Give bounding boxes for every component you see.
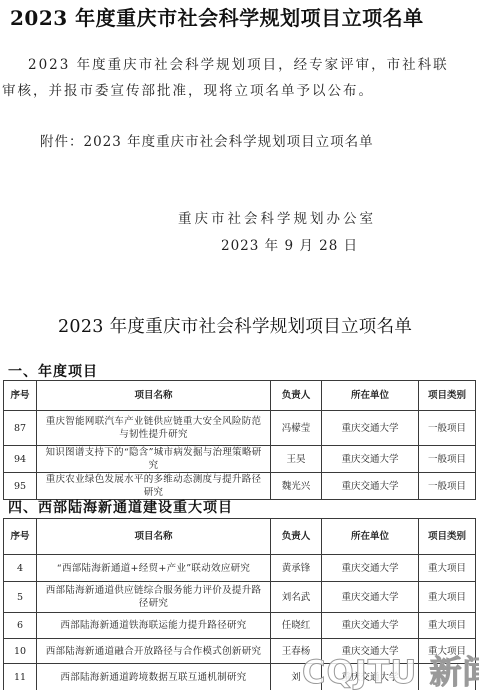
cell-no: 5 (4, 582, 37, 613)
cell-category: 一般项目 (419, 473, 476, 500)
cell-project-name: 西部陆海新通道供应链综合服务能力评价及提升路径研究 (37, 582, 271, 613)
cell-category: 重大项目 (419, 613, 476, 639)
cell-unit: 重庆交通大学 (322, 582, 419, 613)
list-title: 2023 年度重庆市社会科学规划项目立项名单 (58, 313, 412, 338)
issue-date: 2023 年 9 月 28 日 (221, 234, 358, 254)
cell-unit: 重庆交通大学 (322, 613, 419, 639)
column-header-category: 项目类别 (419, 519, 476, 555)
cell-no: 94 (4, 446, 37, 473)
document-page: 2023 年度重庆市社会科学规划项目立项名单 2023 年度重庆市社会科学规划项… (0, 0, 479, 690)
cell-project-name: 西部陆海新通道融合开放路径与合作模式创新研究 (37, 639, 271, 664)
cell-leader: 王昊 (271, 446, 322, 473)
cell-leader: 黄承锋 (271, 555, 322, 582)
column-header-leader: 负责人 (271, 519, 322, 555)
cell-project-name: 西部陆海新通道跨境数据互联互通机制研究 (37, 664, 271, 690)
table-header-row: 序号 项目名称 负责人 所在单位 项目类别 (4, 381, 476, 411)
column-header-leader: 负责人 (271, 381, 322, 411)
table-header-row: 序号 项目名称 负责人 所在单位 项目类别 (4, 519, 476, 555)
column-header-name: 项目名称 (37, 381, 271, 411)
table-row: 4 “西部陆海新通道+经贸+产业”联动效应研究 黄承锋 重庆交通大学 重大项目 (4, 555, 476, 582)
cell-category: 重大项目 (419, 555, 476, 582)
cell-leader: 刘名武 (271, 582, 322, 613)
cell-project-name: 重庆农业绿色发展水平的多维动态测度与提升路径研究 (37, 473, 271, 500)
column-header-no: 序号 (4, 519, 37, 555)
cell-category: 一般项目 (419, 446, 476, 473)
attachment-note: 附件：2023 年度重庆市社会科学规划项目立项名单 (40, 130, 374, 150)
cell-leader: 任晓红 (271, 613, 322, 639)
annual-projects-table: 序号 项目名称 负责人 所在单位 项目类别 87 重庆智能网联汽车产业链供应链重… (3, 380, 476, 500)
column-header-name: 项目名称 (37, 519, 271, 555)
table-row: 95 重庆农业绿色发展水平的多维动态测度与提升路径研究 魏光兴 重庆交通大学 一… (4, 473, 476, 500)
watermark-logo: CQJTU 新闻 (302, 654, 479, 690)
column-header-unit: 所在单位 (322, 381, 419, 411)
cell-project-name: “西部陆海新通道+经贸+产业”联动效应研究 (37, 555, 271, 582)
column-header-category: 项目类别 (419, 381, 476, 411)
cell-project-name: 重庆智能网联汽车产业链供应链重大安全风险防范与韧性提升研究 (37, 411, 271, 446)
cell-project-name: 知识图谱支持下的“隐含”城市病发掘与治理策略研究 (37, 446, 271, 473)
cell-no: 10 (4, 639, 37, 664)
document-title: 2023 年度重庆市社会科学规划项目立项名单 (10, 2, 424, 31)
table-row: 6 西部陆海新通道铁海联运能力提升路径研究 任晓红 重庆交通大学 重大项目 (4, 613, 476, 639)
cell-unit: 重庆交通大学 (322, 473, 419, 500)
issuer-signature: 重庆市社会科学规划办公室 (178, 207, 376, 227)
table-row: 87 重庆智能网联汽车产业链供应链重大安全风险防范与韧性提升研究 冯檬莹 重庆交… (4, 411, 476, 446)
cell-no: 95 (4, 473, 37, 500)
cell-category: 一般项目 (419, 411, 476, 446)
cell-category: 重大项目 (419, 582, 476, 613)
cell-project-name: 西部陆海新通道铁海联运能力提升路径研究 (37, 613, 271, 639)
column-header-no: 序号 (4, 381, 37, 411)
cell-no: 4 (4, 555, 37, 582)
cell-unit: 重庆交通大学 (322, 446, 419, 473)
cell-unit: 重庆交通大学 (322, 411, 419, 446)
section-heading-annual: 一、年度项目 (8, 361, 98, 381)
table-row: 94 知识图谱支持下的“隐含”城市病发掘与治理策略研究 王昊 重庆交通大学 一般… (4, 446, 476, 473)
cell-leader: 冯檬莹 (271, 411, 322, 446)
cell-leader: 魏光兴 (271, 473, 322, 500)
cell-no: 11 (4, 664, 37, 690)
announcement-paragraph-line-1: 2023 年度重庆市社会科学规划项目，经专家评审，市社科联 (28, 53, 449, 73)
announcement-paragraph-line-2: 审核，并报市委宣传部批准，现将立项名单予以公布。 (2, 79, 374, 99)
table-row: 5 西部陆海新通道供应链综合服务能力评价及提升路径研究 刘名武 重庆交通大学 重… (4, 582, 476, 613)
cell-no: 6 (4, 613, 37, 639)
cell-unit: 重庆交通大学 (322, 555, 419, 582)
cell-no: 87 (4, 411, 37, 446)
section-heading-western-corridor: 四、西部陆海新通道建设重大项目 (8, 497, 233, 517)
column-header-unit: 所在单位 (322, 519, 419, 555)
